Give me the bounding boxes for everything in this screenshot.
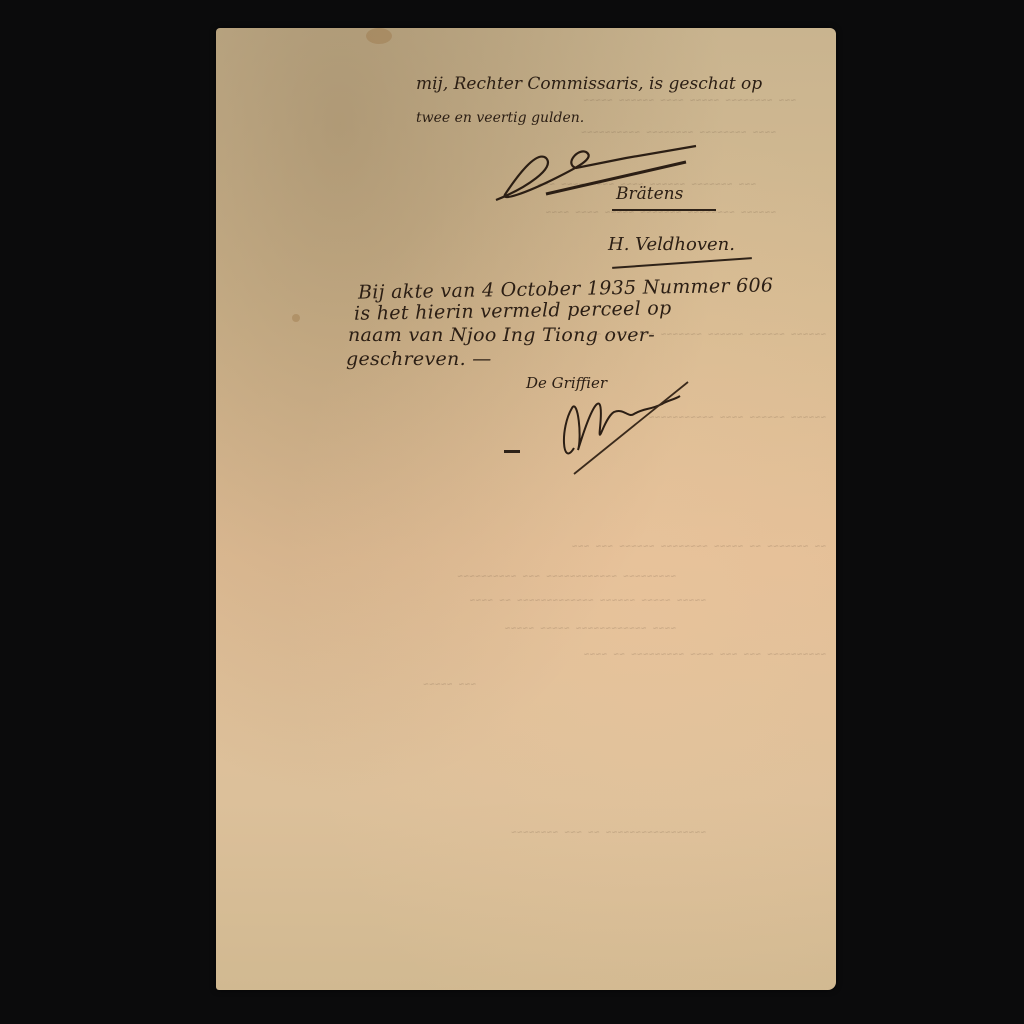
annotation-line-3: naam van Njoo Ing Tiong over- (348, 324, 655, 346)
annotation-line-4: geschreven. — (346, 348, 492, 370)
handwritten-note-line-2: twee en veertig gulden. (416, 110, 584, 126)
bleed-line: ~~~ ~~~~~~~~ ~~~~~ ~~~~ ~~~~~~ ~~~~~ (583, 96, 796, 106)
bleed-line: ~~~ ~~~~~ (423, 680, 476, 690)
bleed-line: ~~~~ ~~~~~~~~ ~~~~~~~~ ~~~~~~~~~~ (581, 128, 776, 138)
bleed-line: ~~~~~~~~~~ ~~~ ~~~ ~~~~ ~~~~~~~~~ ~~ ~~~… (583, 650, 826, 660)
signature-underline (612, 209, 716, 211)
bleed-line: ~~~~~ ~~~~~ ~~~~~~ ~~~~~~~~~~~~~ ~~ ~~~~ (469, 596, 706, 606)
document-page: ~~~ ~~~~~~~~ ~~~~~ ~~~~ ~~~~~~ ~~~~~ ~~~… (216, 28, 836, 990)
griffier-signature (554, 378, 704, 482)
paper-stain (292, 314, 300, 322)
bleed-line: ~~~~~~~~~~~~~~~~~ ~~ ~~~ ~~~~~~~~ (511, 828, 706, 838)
paper-stain (366, 28, 392, 44)
signature-scrawl-icon (554, 378, 704, 478)
signature-bratens: Brätens (616, 184, 683, 204)
bleed-line: ~~~~ ~~~~~~~~~~~~ ~~~~~ ~~~~~ (504, 624, 676, 634)
bleed-line: ~~~~~~~~~ ~~~~~~~~~~~~ ~~~ ~~~~~~~~~~ (457, 572, 676, 582)
handwritten-note-line-1: mij, Rechter Commissaris, is geschat op (416, 74, 762, 94)
bleed-line: ~~ ~~~~~~~ ~~ ~~~~~ ~~~~~~~~ ~~~~~~ ~~~ … (572, 542, 827, 552)
signature-veldhoven: H. Veldhoven. (608, 234, 735, 255)
dash-mark (504, 450, 520, 453)
